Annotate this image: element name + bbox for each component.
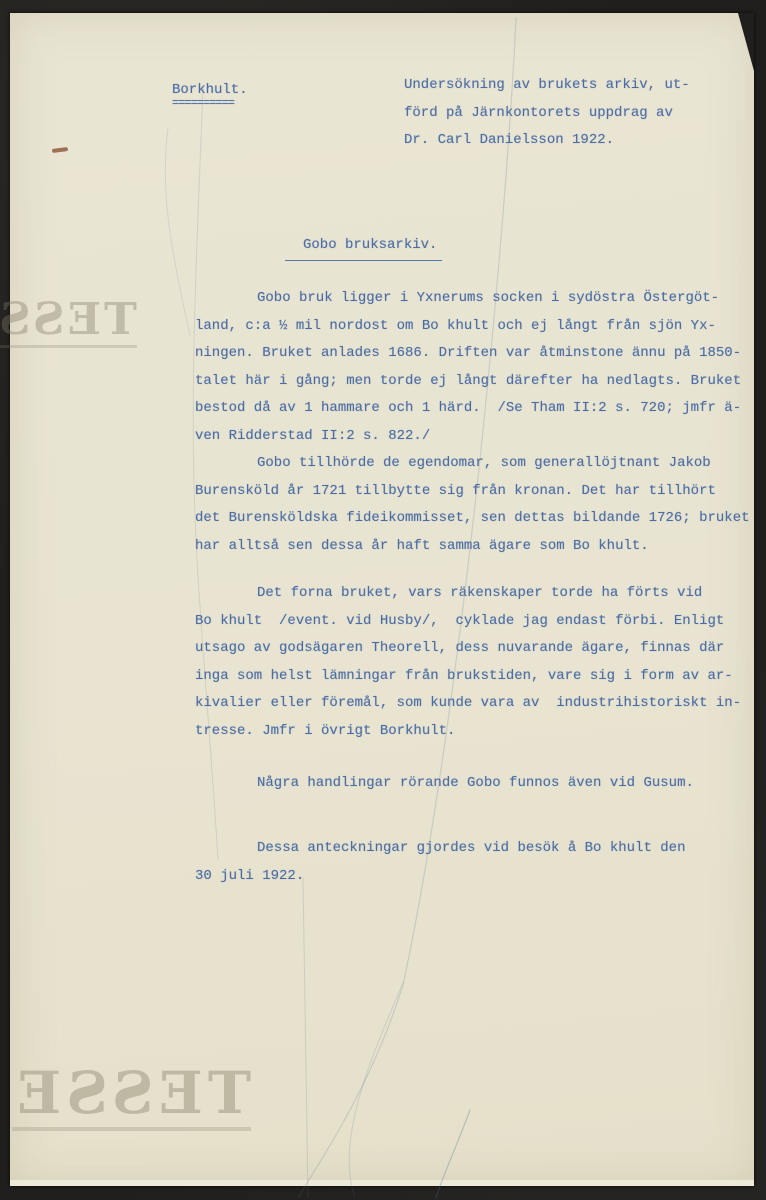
heading-place: Borkhult. ========== <box>172 77 248 108</box>
paper-stain <box>52 147 68 153</box>
text-line: tresse. Jmfr i övrigt Borkhult. <box>195 718 766 746</box>
text-line: Dr. Carl Danielsson 1922. <box>404 127 690 155</box>
paragraph-4: Några handlingar rörande Gobo funnos äve… <box>195 770 766 798</box>
paragraph-5: Dessa anteckningar gjordes vid besök å B… <box>195 835 766 890</box>
bleed-through-text-left: TESS <box>0 294 137 348</box>
text-line: bestod då av 1 hammare och 1 härd. /Se T… <box>195 395 766 423</box>
text-line: förd på Järnkontorets uppdrag av <box>404 100 690 128</box>
scan-background: TESS TESSE Borkhult. ========== Undersök… <box>0 0 766 1200</box>
text-line: inga som helst lämningar från brukstiden… <box>195 663 766 691</box>
text-line: land, c:a ½ mil nordost om Bo khult och … <box>195 313 766 341</box>
paragraph-1: Gobo bruk ligger i Yxnerums socken i syd… <box>195 285 766 450</box>
text-line: ningen. Bruket anlades 1686. Driften var… <box>195 340 766 368</box>
text-line: 30 juli 1922. <box>195 863 766 891</box>
text-line: Bo khult /event. vid Husby/, cyklade jag… <box>195 608 766 636</box>
text-line: utsago av godsägaren Theorell, dess nuva… <box>195 635 766 663</box>
text-line: Undersökning av brukets arkiv, ut- <box>404 72 690 100</box>
text-line: Några handlingar rörande Gobo funnos äve… <box>195 770 766 798</box>
text-line: Gobo tillhörde de egendomar, som general… <box>195 450 766 478</box>
paragraph-2: Gobo tillhörde de egendomar, som general… <box>195 450 766 560</box>
heading-attribution: Undersökning av brukets arkiv, ut- förd … <box>404 72 690 155</box>
text-line: Burensköld år 1721 tillbytte sig från kr… <box>195 478 766 506</box>
text-line: kivalier eller föremål, som kunde vara a… <box>195 690 766 718</box>
text-line: Gobo bruk ligger i Yxnerums socken i syd… <box>195 285 766 313</box>
document-page: TESS TESSE Borkhult. ========== Undersök… <box>10 13 754 1186</box>
document-title: Gobo bruksarkiv. <box>285 232 442 261</box>
bleed-through-text-bottom: TESSE <box>12 1059 251 1131</box>
text-line: har alltså sen dessa år haft samma ägare… <box>195 533 766 561</box>
text-line: Dessa anteckningar gjordes vid besök å B… <box>195 835 766 863</box>
text-line: ven Ridderstad II:2 s. 822./ <box>195 423 766 451</box>
paragraph-3: Det forna bruket, vars räkenskaper torde… <box>195 580 766 745</box>
text-line: talet här i gång; men torde ej långt där… <box>195 368 766 396</box>
text-line: Det forna bruket, vars räkenskaper torde… <box>195 580 766 608</box>
text-line: det Burensköldska fideikommisset, sen de… <box>195 505 766 533</box>
